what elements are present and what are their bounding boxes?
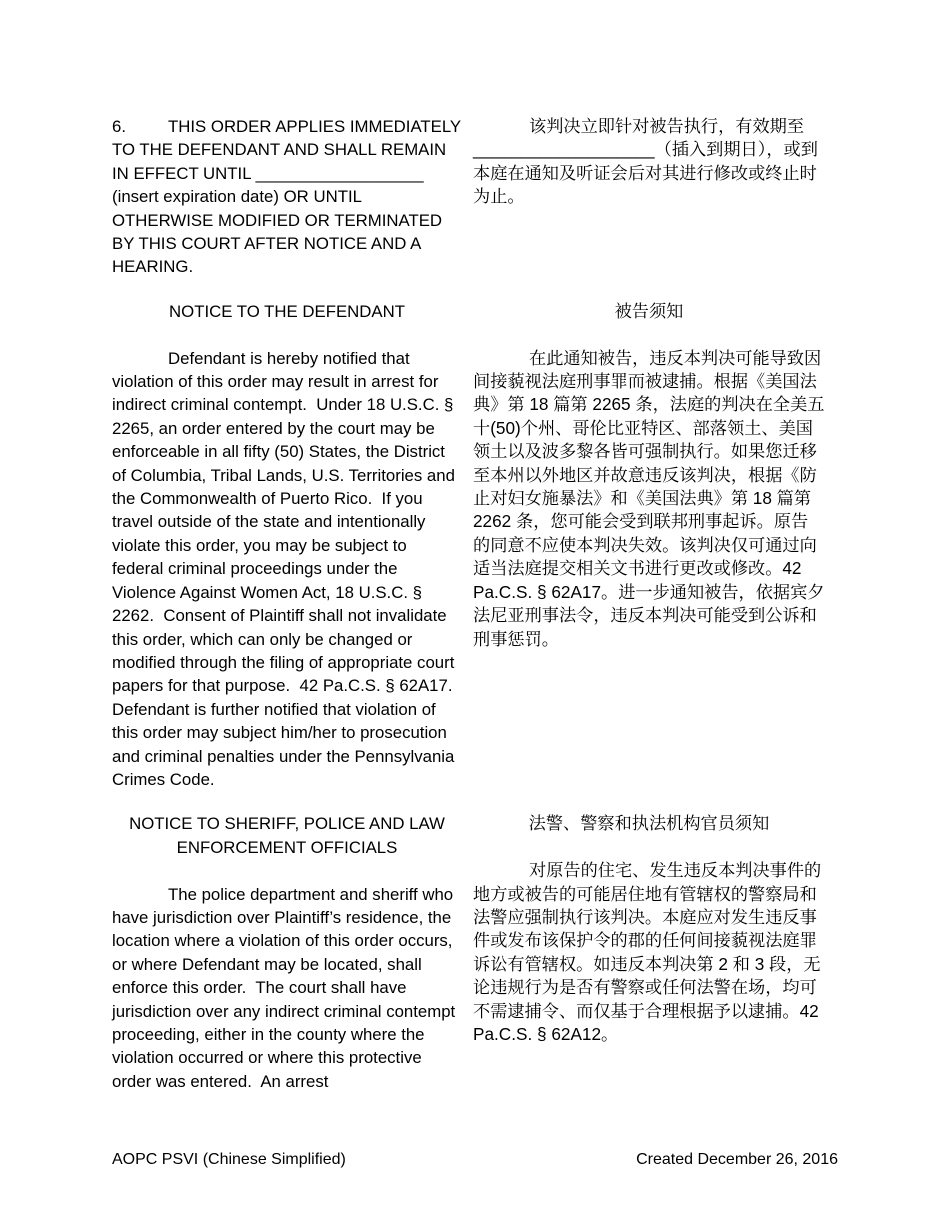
order-duration-paragraph-en: 6.THIS ORDER APPLIES IMMEDIATELY TO THE … [112, 115, 462, 279]
defendant-notice-heading-zh: 被告须知 [473, 300, 825, 323]
sheriff-notice-heading-en: NOTICE TO SHERIFF, POLICE AND LAW ENFORC… [112, 812, 462, 859]
section-notice-to-defendant: NOTICE TO THE DEFENDANT Defendant is her… [112, 300, 838, 792]
defendant-notice-chinese-column: 被告须知 在此通知被告，违反本判决可能导致因间接藐视法庭刑事罪而被逮捕。根据《美… [473, 300, 825, 792]
document-page: 6.THIS ORDER APPLIES IMMEDIATELY TO THE … [0, 0, 950, 1230]
defendant-notice-english-column: NOTICE TO THE DEFENDANT Defendant is her… [112, 300, 462, 792]
footer-form-identifier: AOPC PSVI (Chinese Simplified) [112, 1150, 346, 1170]
order-duration-chinese-column: 该判决立即针对被告执行，有效期至___________________（插入到期… [473, 115, 825, 279]
section-order-duration: 6.THIS ORDER APPLIES IMMEDIATELY TO THE … [112, 115, 838, 279]
order-duration-paragraph-zh: 该判决立即针对被告执行，有效期至___________________（插入到期… [473, 115, 825, 209]
sheriff-notice-body-zh: 对原告的住宅、发生违反本判决事件的地方或被告的可能居住地有管辖权的警察局和法警应… [473, 859, 825, 1046]
footer-created-date: Created December 26, 2016 [636, 1150, 838, 1170]
section-notice-to-sheriff: NOTICE TO SHERIFF, POLICE AND LAW ENFORC… [112, 812, 838, 1093]
defendant-notice-heading-en: NOTICE TO THE DEFENDANT [112, 300, 462, 323]
page-footer: AOPC PSVI (Chinese Simplified) Created D… [112, 1150, 838, 1170]
sheriff-notice-heading-zh: 法警、警察和执法机构官员须知 [473, 812, 825, 835]
paragraph-text-zh: 该判决立即针对被告执行，有效期至___________________（插入到期… [473, 116, 818, 206]
paragraph-text-en: THIS ORDER APPLIES IMMEDIATELY TO THE DE… [112, 117, 461, 276]
defendant-notice-body-zh: 在此通知被告，违反本判决可能导致因间接藐视法庭刑事罪而被逮捕。根据《美国法典》第… [473, 347, 825, 651]
defendant-notice-body-en: Defendant is hereby notified that violat… [112, 347, 462, 792]
order-duration-english-column: 6.THIS ORDER APPLIES IMMEDIATELY TO THE … [112, 115, 462, 279]
sheriff-notice-body-en: The police department and sheriff who ha… [112, 883, 462, 1094]
sheriff-notice-chinese-column: 法警、警察和执法机构官员须知 对原告的住宅、发生违反本判决事件的地方或被告的可能… [473, 812, 825, 1093]
paragraph-number-en: 6. [112, 115, 168, 138]
sheriff-notice-english-column: NOTICE TO SHERIFF, POLICE AND LAW ENFORC… [112, 812, 462, 1093]
